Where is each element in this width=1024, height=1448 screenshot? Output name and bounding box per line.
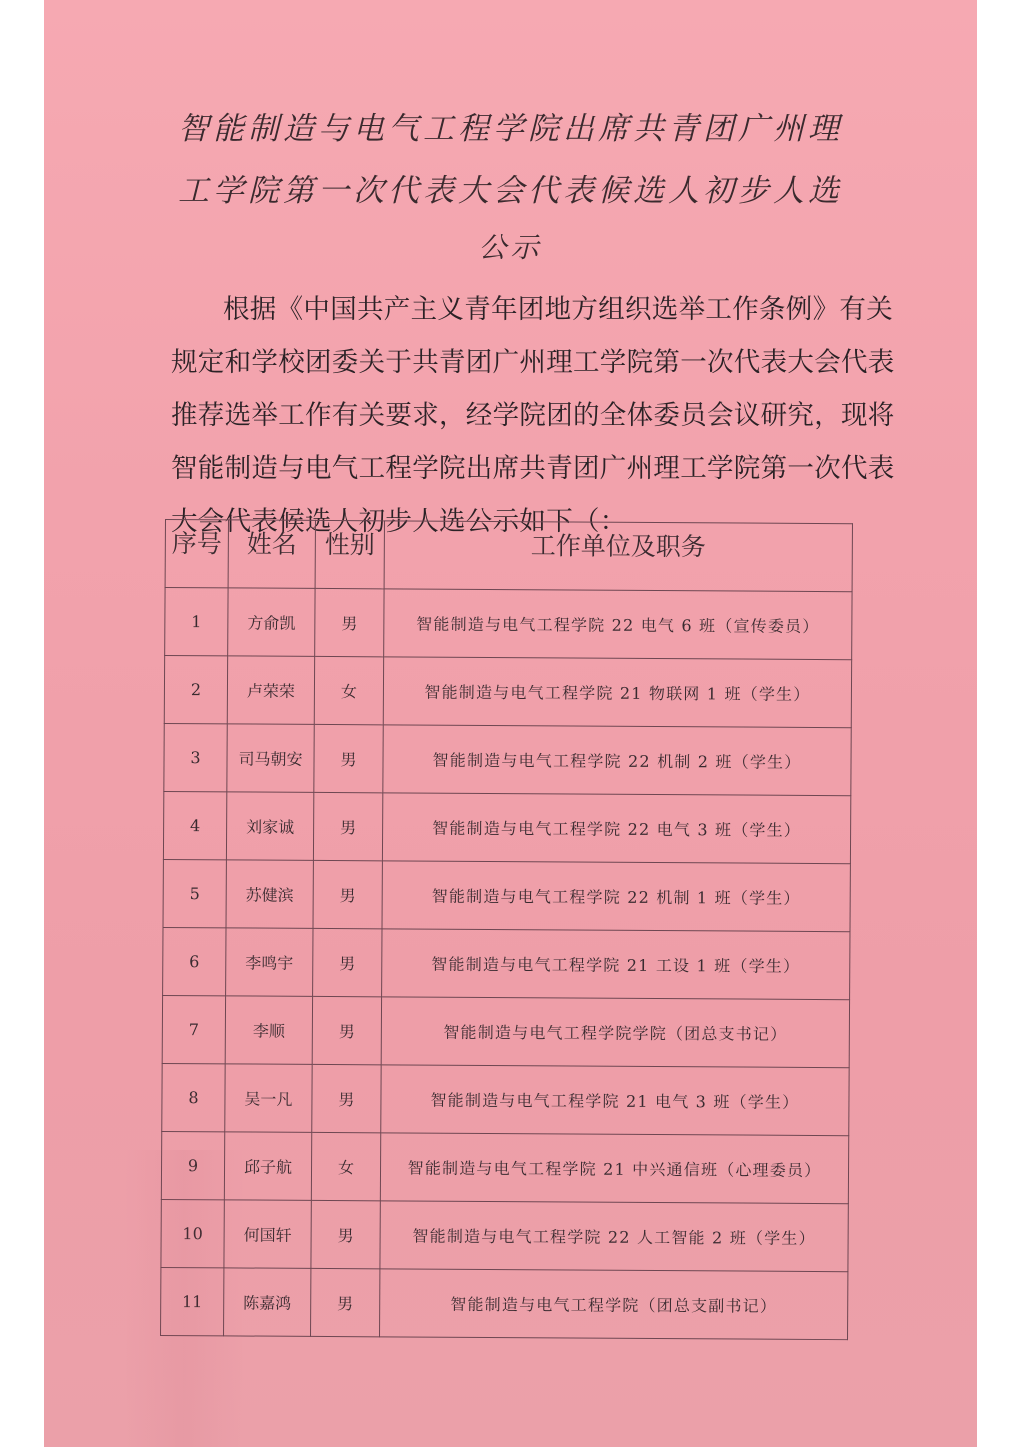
document-title-line-3: 公示 — [44, 226, 977, 266]
cell-unit: 智能制造与电气工程学院（团总支副书记） — [380, 1269, 848, 1340]
paragraph-line: 智能制造与电气工程学院出席共青团广州理工学院第一次代表 — [171, 442, 871, 495]
cell-name: 苏健滨 — [226, 860, 313, 929]
cell-serial: 10 — [161, 1199, 224, 1267]
cell-serial: 4 — [163, 791, 226, 859]
cell-gender: 男 — [312, 1064, 381, 1132]
cell-serial: 7 — [162, 995, 225, 1063]
table-row: 7 李顺 男 智能制造与电气工程学院学院（团总支书记） — [162, 995, 849, 1067]
cell-serial: 3 — [164, 723, 227, 791]
cell-serial: 8 — [162, 1063, 225, 1131]
cell-name: 吴一凡 — [225, 1064, 312, 1133]
cell-gender: 男 — [315, 588, 384, 656]
cell-name: 刘家诚 — [226, 792, 313, 861]
cell-serial: 11 — [161, 1267, 224, 1335]
cell-gender: 男 — [314, 724, 383, 792]
cell-gender: 男 — [311, 1200, 380, 1268]
candidate-table: 序号 姓名 性别 工作单位及职务 1 方俞凯 男 智能制造与电气工程学院 22 … — [160, 519, 853, 1340]
table-row: 2 卢荣荣 女 智能制造与电气工程学院 21 物联网 1 班（学生） — [164, 656, 851, 728]
header-gender: 性别 — [315, 520, 384, 588]
cell-name: 方俞凯 — [228, 588, 315, 657]
document-title-line-2: 工学院第一次代表大会代表候选人初步人选 — [44, 165, 977, 210]
cell-gender: 女 — [311, 1132, 380, 1200]
cell-name: 邱子航 — [224, 1132, 311, 1201]
cell-unit: 智能制造与电气工程学院 22 机制 1 班（学生） — [382, 861, 850, 932]
cell-unit: 智能制造与电气工程学院 22 电气 6 班（宣传委员） — [384, 589, 852, 660]
cell-unit: 智能制造与电气工程学院 21 中兴通信班（心理委员） — [380, 1133, 848, 1204]
header-serial-number: 序号 — [165, 520, 228, 588]
header-unit-position: 工作单位及职务 — [384, 521, 852, 592]
cell-name: 司马朝安 — [227, 724, 314, 793]
cell-unit: 智能制造与电气工程学院学院（团总支书记） — [381, 997, 849, 1068]
table-row: 4 刘家诚 男 智能制造与电气工程学院 22 电气 3 班（学生） — [163, 791, 850, 863]
cell-name: 李鸣宇 — [226, 928, 313, 997]
table-row: 9 邱子航 女 智能制造与电气工程学院 21 中兴通信班（心理委员） — [161, 1131, 848, 1203]
cell-name: 陈嘉鸿 — [224, 1268, 311, 1337]
cell-gender: 男 — [313, 792, 382, 860]
paragraph-line: 推荐选举工作有关要求，经学院团的全体委员会议研究，现将 — [171, 389, 871, 442]
table-row: 3 司马朝安 男 智能制造与电气工程学院 22 机制 2 班（学生） — [164, 723, 851, 795]
cell-unit: 智能制造与电气工程学院 21 电气 3 班（学生） — [381, 1065, 849, 1136]
document-title-line-1: 智能制造与电气工程学院出席共青团广州理 — [44, 103, 977, 148]
table-row: 1 方俞凯 男 智能制造与电气工程学院 22 电气 6 班（宣传委员） — [165, 588, 852, 660]
cell-gender: 女 — [314, 656, 383, 724]
cell-name: 李顺 — [225, 996, 312, 1065]
table-row: 6 李鸣宇 男 智能制造与电气工程学院 21 工设 1 班（学生） — [163, 927, 850, 999]
cell-gender: 男 — [312, 996, 381, 1064]
cell-serial: 6 — [163, 927, 226, 995]
table-row: 10 何国轩 男 智能制造与电气工程学院 22 人工智能 2 班（学生） — [161, 1199, 848, 1271]
cell-serial: 9 — [161, 1131, 224, 1199]
cell-unit: 智能制造与电气工程学院 22 机制 2 班（学生） — [383, 725, 851, 796]
cell-unit: 智能制造与电气工程学院 21 工设 1 班（学生） — [382, 929, 850, 1000]
cell-unit: 智能制造与电气工程学院 22 电气 3 班（学生） — [382, 793, 850, 864]
table-row: 11 陈嘉鸿 男 智能制造与电气工程学院（团总支副书记） — [161, 1267, 848, 1339]
pink-paper-page: 智能制造与电气工程学院出席共青团广州理 工学院第一次代表大会代表候选人初步人选 … — [44, 0, 977, 1447]
cell-gender: 男 — [313, 860, 382, 928]
cell-gender: 男 — [311, 1268, 380, 1336]
table-row: 8 吴一凡 男 智能制造与电气工程学院 21 电气 3 班（学生） — [162, 1063, 849, 1135]
cell-gender: 男 — [313, 928, 382, 996]
paragraph-line: 规定和学校团委关于共青团广州理工学院第一次代表大会代表 — [171, 336, 871, 389]
paragraph-line: 根据《中国共产主义青年团地方组织选举工作条例》有关 — [171, 283, 871, 336]
cell-serial: 1 — [165, 588, 228, 656]
table-header-row: 序号 姓名 性别 工作单位及职务 — [165, 520, 852, 592]
cell-name: 何国轩 — [224, 1200, 311, 1269]
cell-name: 卢荣荣 — [227, 656, 314, 725]
cell-serial: 2 — [164, 656, 227, 724]
body-paragraph: 根据《中国共产主义青年团地方组织选举工作条例》有关 规定和学校团委关于共青团广州… — [171, 283, 871, 548]
cell-unit: 智能制造与电气工程学院 22 人工智能 2 班（学生） — [380, 1201, 848, 1272]
cell-unit: 智能制造与电气工程学院 21 物联网 1 班（学生） — [383, 657, 851, 728]
header-name: 姓名 — [228, 520, 315, 589]
table-row: 5 苏健滨 男 智能制造与电气工程学院 22 机制 1 班（学生） — [163, 859, 850, 931]
cell-serial: 5 — [163, 859, 226, 927]
